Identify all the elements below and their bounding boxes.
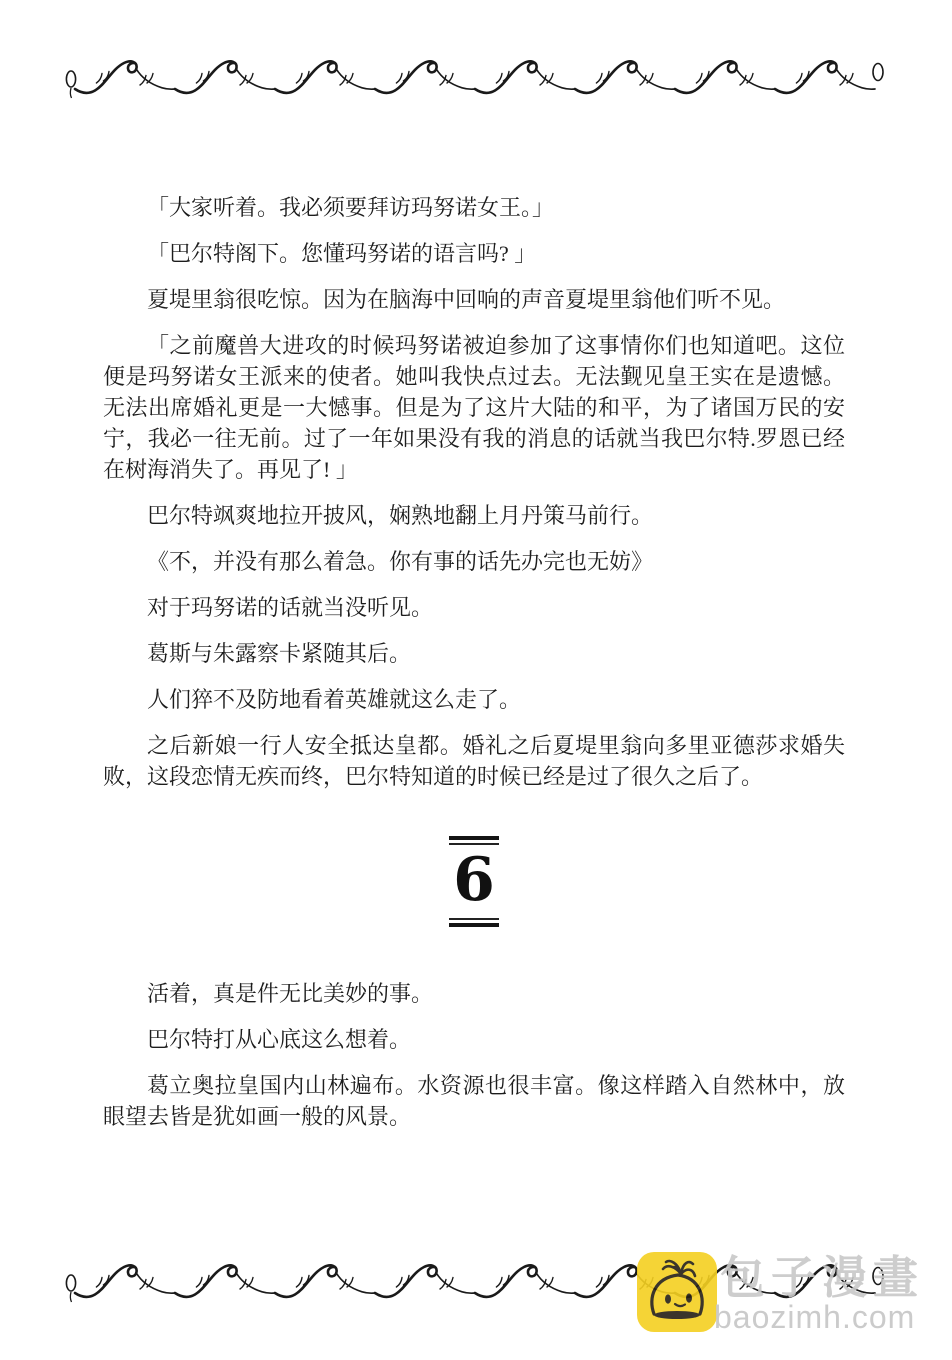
paragraph: 夏堤里翁很吃惊。因为在脑海中回响的声音夏堤里翁他们听不见。 <box>103 284 845 315</box>
watermark-site-name: 包子漫畫 <box>720 1254 924 1302</box>
paragraph: 对于玛努诺的话就当没听见。 <box>103 592 845 623</box>
paragraph: 巴尔特打从心底这么想着。 <box>103 1024 845 1055</box>
chapter-number: 6 <box>103 849 845 911</box>
baozi-mascot-icon <box>636 1252 718 1332</box>
chapter-body: 活着，真是件无比美妙的事。 巴尔特打从心底这么想着。 葛立奥拉皇国内山林遍布。水… <box>103 978 845 1132</box>
paragraph: 之后新娘一行人安全抵达皇都。婚礼之后夏堤里翁向多里亚德莎求婚失败，这段恋情无疾而… <box>103 730 845 792</box>
watermark-site-url: baozimh.com <box>714 1300 915 1334</box>
paragraph: 巴尔特飒爽地拉开披风，娴熟地翻上月丹策马前行。 <box>103 500 845 531</box>
paragraph: 葛立奥拉皇国内山林遍布。水资源也很丰富。像这样踏入自然林中，放眼望去皆是犹如画一… <box>103 1070 845 1132</box>
paragraph: 「之前魔兽大进攻的时候玛努诺被迫参加了这事情你们也知道吧。这位便是玛努诺女王派来… <box>103 330 845 485</box>
paragraph: 《不，并没有那么着急。你有事的话先办完也无妨》 <box>103 546 845 577</box>
chapter-divider-top <box>449 836 499 845</box>
paragraph: 葛斯与朱露察卡紧随其后。 <box>103 638 845 669</box>
paragraph: 活着，真是件无比美妙的事。 <box>103 978 845 1009</box>
top-flourish-border <box>65 52 885 104</box>
paragraph: 「大家听着。我必须要拜访玛努诺女王。」 <box>103 192 845 223</box>
novel-page: 「大家听着。我必须要拜访玛努诺女王。」 「巴尔特阁下。您懂玛努诺的语言吗? 」 … <box>0 0 952 1360</box>
novel-text: 「大家听着。我必须要拜访玛努诺女王。」 「巴尔特阁下。您懂玛努诺的语言吗? 」 … <box>103 192 845 1147</box>
chapter-heading: 6 <box>103 836 845 927</box>
paragraph: 人们猝不及防地看着英雄就这么走了。 <box>103 684 845 715</box>
chapter-divider-bottom <box>449 918 499 927</box>
paragraph: 「巴尔特阁下。您懂玛努诺的语言吗? 」 <box>103 238 845 269</box>
